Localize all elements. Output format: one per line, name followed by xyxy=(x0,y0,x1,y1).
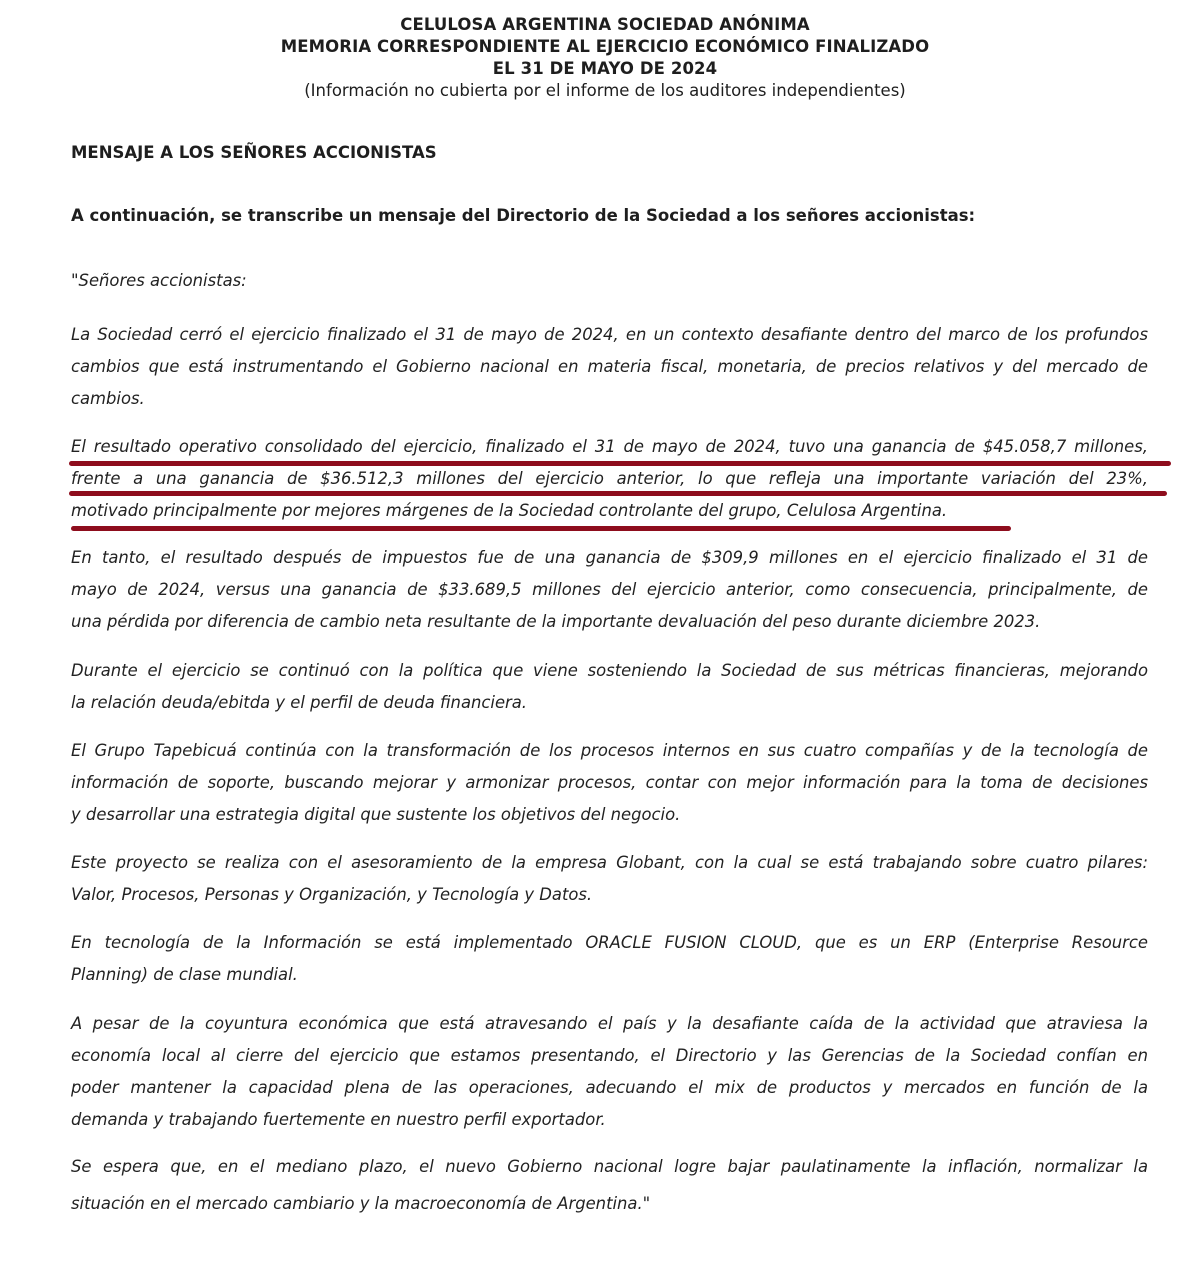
paragraph-line: una pérdida por diferencia de cambio net… xyxy=(71,606,1148,638)
paragraph: En tecnología de la Información se está … xyxy=(71,927,1148,991)
paragraph-line: Planning) de clase mundial. xyxy=(71,959,1148,991)
paragraph-line: la relación deuda/ebitda y el perfil de … xyxy=(71,687,1148,719)
highlighted-paragraph: El resultado operativo consolidado del e… xyxy=(71,431,1148,527)
audit-note: (Información no cubierta por el informe … xyxy=(0,80,1200,101)
section-title: MENSAJE A LOS SEÑORES ACCIONISTAS xyxy=(71,143,437,162)
paragraph-line: El resultado operativo consolidado del e… xyxy=(71,431,1148,463)
paragraph: A pesar de la coyuntura económica que es… xyxy=(71,1008,1148,1136)
highlight-underline xyxy=(71,526,1011,531)
paragraph-line: cambios. xyxy=(71,383,1148,415)
paragraph-line: En tecnología de la Información se está … xyxy=(71,927,1148,959)
paragraph-line: En tanto, el resultado después de impues… xyxy=(71,542,1148,574)
paragraph-line: Durante el ejercicio se continuó con la … xyxy=(71,655,1148,687)
paragraph-line: situación en el mercado cambiario y la m… xyxy=(71,1188,1148,1220)
intro-text: A continuación, se transcribe un mensaje… xyxy=(71,206,975,225)
paragraph-line: Este proyecto se realiza con el asesoram… xyxy=(71,847,1148,879)
paragraph: La Sociedad cerró el ejercicio finalizad… xyxy=(71,319,1148,415)
paragraph-line: Se espera que, en el mediano plazo, el n… xyxy=(71,1151,1148,1183)
paragraph-line: motivado principalmente por mejores márg… xyxy=(71,495,1148,527)
paragraph-line: y desarrollar una estrategia digital que… xyxy=(71,799,1148,831)
paragraph-line: La Sociedad cerró el ejercicio finalizad… xyxy=(71,319,1148,351)
highlight-underline xyxy=(69,491,1167,496)
paragraph-line: poder mantener la capacidad plena de las… xyxy=(71,1072,1148,1104)
paragraph: En tanto, el resultado después de impues… xyxy=(71,542,1148,638)
greeting: "Señores accionistas: xyxy=(71,265,1148,297)
company-name: CELULOSA ARGENTINA SOCIEDAD ANÓNIMA xyxy=(0,14,1200,36)
paragraph: Durante el ejercicio se continuó con la … xyxy=(71,655,1148,719)
paragraph-line: El Grupo Tapebicuá continúa con la trans… xyxy=(71,735,1148,767)
highlight-underline xyxy=(69,461,1171,466)
document-header: CELULOSA ARGENTINA SOCIEDAD ANÓNIMA MEMO… xyxy=(0,14,1200,101)
paragraph-line: A pesar de la coyuntura económica que es… xyxy=(71,1008,1148,1040)
paragraph-line: mayo de 2024, versus una ganancia de $33… xyxy=(71,574,1148,606)
paragraph-line: Valor, Procesos, Personas y Organización… xyxy=(71,879,1148,911)
paragraph-line: economía local al cierre del ejercicio q… xyxy=(71,1040,1148,1072)
paragraph: Este proyecto se realiza con el asesoram… xyxy=(71,847,1148,911)
paragraph: Se espera que, en el mediano plazo, el n… xyxy=(71,1151,1148,1220)
paragraph-line: demanda y trabajando fuertemente en nues… xyxy=(71,1104,1148,1136)
paragraph: El Grupo Tapebicuá continúa con la trans… xyxy=(71,735,1148,831)
paragraph-line: información de soporte, buscando mejorar… xyxy=(71,767,1148,799)
report-title: MEMORIA CORRESPONDIENTE AL EJERCICIO ECO… xyxy=(0,36,1200,58)
report-date: EL 31 DE MAYO DE 2024 xyxy=(0,58,1200,80)
paragraph-line: cambios que está instrumentando el Gobie… xyxy=(71,351,1148,383)
